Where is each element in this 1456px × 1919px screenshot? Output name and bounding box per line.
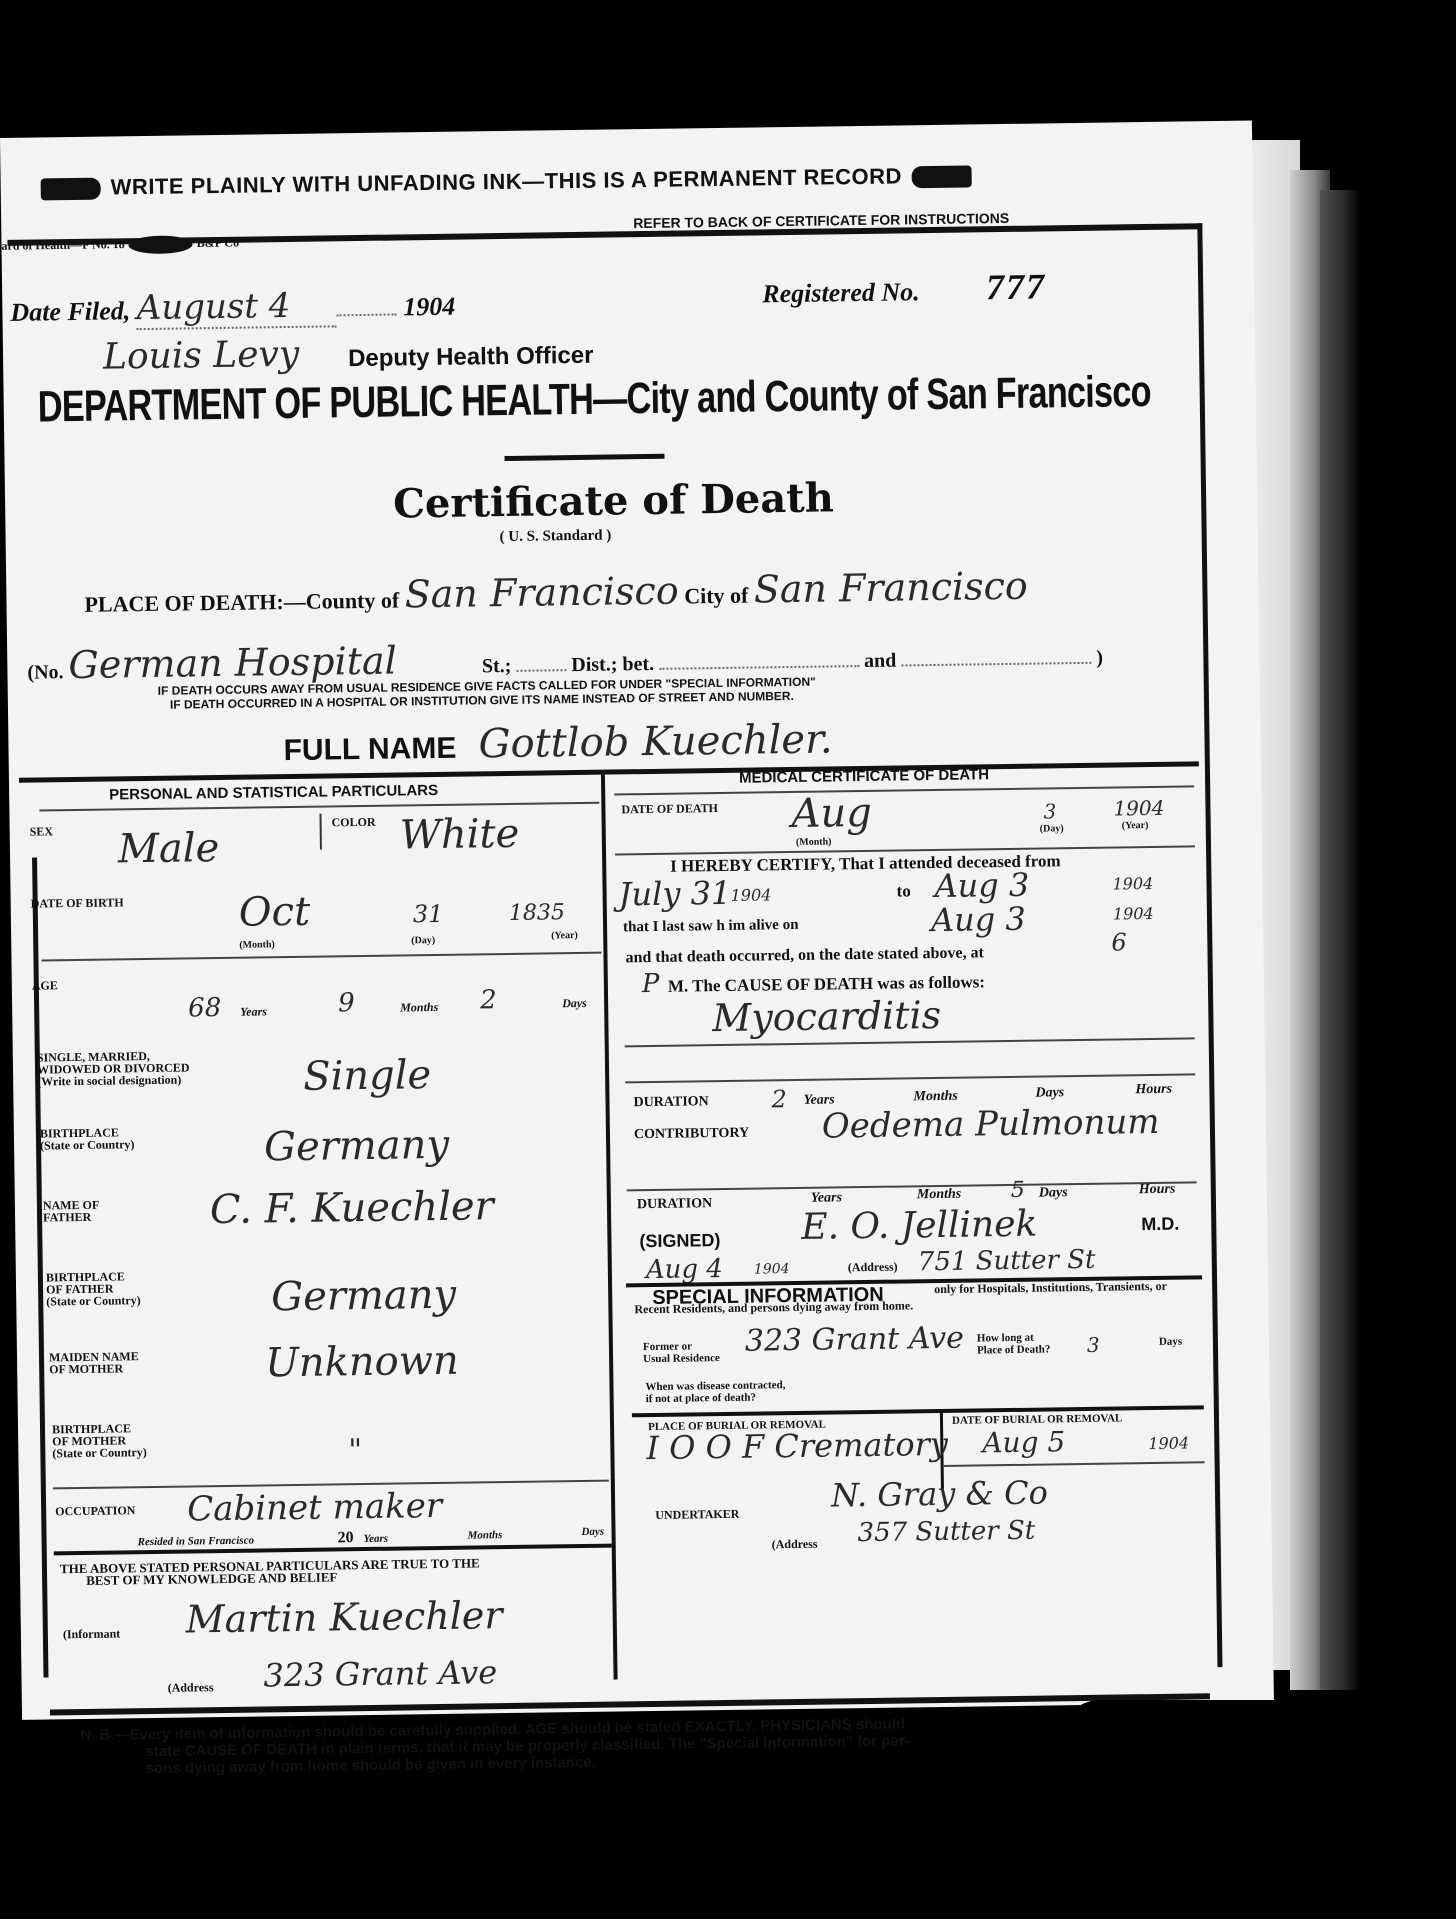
informant-value: Martin Kuechler <box>185 1593 502 1641</box>
burial-date-value: Aug 5 <box>982 1425 1065 1459</box>
medical-heading: MEDICAL CERTIFICATE OF DEATH <box>739 766 989 786</box>
dod-day: 3 <box>1043 799 1056 823</box>
top-banner: WRITE PLAINLY WITH UNFADING INK—THIS IS … <box>41 162 973 201</box>
date-filed-value: August 4 <box>136 285 337 330</box>
caption: Years <box>811 1190 842 1206</box>
sex-value: Male <box>118 825 220 872</box>
caption: Months <box>913 1089 958 1106</box>
father-value: C. F. Kuechler <box>210 1183 494 1233</box>
age-label: AGE <box>32 979 58 991</box>
caption: Days <box>1035 1085 1064 1101</box>
caption: Years <box>240 1004 267 1019</box>
undertaker-address: 357 Sutter St <box>857 1516 1035 1548</box>
mother-label: MAIDEN NAME OF MOTHER <box>49 1350 139 1375</box>
duration-label: DURATION <box>637 1198 712 1211</box>
certificate-title: Certificate of Death <box>393 474 834 527</box>
officer-title: Deputy Health Officer <box>348 342 594 373</box>
contracted-label: When was disease contracted, if not at p… <box>645 1379 785 1405</box>
residence-value: 323 Grant Ave <box>745 1321 965 1359</box>
shadow <box>1060 1700 1456 1919</box>
father-birthplace-value: Germany <box>271 1272 457 1321</box>
marital-value: Single <box>303 1052 432 1100</box>
resided-label: Resided in San Francisco <box>138 1535 255 1549</box>
to-label: to <box>896 881 910 901</box>
caption: (Day) <box>411 935 435 946</box>
birthplace-label: BIRTHPLACE (State or Country) <box>40 1126 135 1151</box>
mother-value: Unknown <box>265 1338 459 1387</box>
informant-address-label: (Address <box>168 1680 214 1696</box>
attended-from-year: 1904 <box>731 885 772 905</box>
burial-place-value: I O O F Crematory <box>646 1425 948 1467</box>
last-seen-text: that I last saw h im alive on <box>623 917 799 936</box>
caption: (Year) <box>551 930 578 941</box>
father-label: NAME OF FATHER <box>43 1199 100 1224</box>
signed-date: Aug 4 <box>646 1254 723 1285</box>
caption: Hours <box>1139 1182 1176 1199</box>
physician-signature: E. O. Jellinek <box>801 1204 1038 1248</box>
page-stack-edge <box>1320 190 1360 1690</box>
color-value: White <box>399 811 519 859</box>
mother-birthplace-label: BIRTHPLACE OF MOTHER (State or Country) <box>52 1422 147 1459</box>
pointing-hand-icon <box>912 166 972 189</box>
last-seen: Aug 3 <box>931 900 1026 939</box>
footnote: N. B.—Every item of information should b… <box>80 1712 1141 1778</box>
md-label: M.D. <box>1141 1214 1179 1236</box>
death-certificate-page: WRITE PLAINLY WITH UNFADING INK—THIS IS … <box>0 121 1274 1720</box>
us-standard-label: ( U. S. Standard ) <box>500 528 612 547</box>
dob-month: Oct <box>239 889 311 936</box>
full-name: FULL NAME Gottlob Kuechler. <box>283 716 833 770</box>
county-value: San Francisco <box>404 569 679 617</box>
city-value: San Francisco <box>753 564 1028 612</box>
undertaker-value: N. Gray & Co <box>831 1474 1048 1515</box>
caption: (Month) <box>239 939 275 950</box>
dod-month: Aug <box>791 790 872 837</box>
full-name-value: Gottlob Kuechler. <box>478 716 832 767</box>
birthplace-value: Germany <box>264 1122 450 1171</box>
physician-address: 751 Sutter St <box>918 1245 1096 1277</box>
institution-value: German Hospital <box>68 639 397 688</box>
contributory-label: CONTRIBUTORY <box>634 1128 749 1142</box>
signed-year: 1904 <box>754 1261 790 1277</box>
officer-signature: Louis Levy <box>103 334 300 378</box>
color-label: COLOR <box>332 816 376 829</box>
caption: Months <box>400 1000 438 1016</box>
howlong-value: 3 <box>1087 1333 1100 1357</box>
age-days: 2 <box>480 985 497 1015</box>
date-filed: Date Filed, August 4 1904 <box>10 284 455 332</box>
age-years: 68 <box>188 993 222 1023</box>
time-value: 6 <box>1111 928 1127 956</box>
signed-label: (SIGNED) <box>639 1230 720 1252</box>
informant-label: (Informant <box>63 1626 121 1642</box>
dob-day: 31 <box>413 900 444 928</box>
divider <box>50 1693 1210 1715</box>
caption: Years <box>364 1533 389 1545</box>
dod-year: 1904 <box>1113 796 1164 821</box>
registered-number-value: 777 <box>986 266 1047 307</box>
duration2-days: 5 <box>1011 1178 1025 1203</box>
occupation-value: Cabinet maker <box>187 1486 442 1530</box>
duration-label: DURATION <box>633 1096 708 1109</box>
caption: Days <box>562 996 587 1011</box>
physician-address-label: (Address) <box>848 1260 898 1276</box>
attended-to-year: 1904 <box>1112 874 1153 894</box>
caption: (Day) <box>1040 823 1064 834</box>
howlong-label: How long at Place of Death? <box>977 1331 1051 1356</box>
burial-year: 1904 <box>1148 1434 1189 1454</box>
meridiem-value: P <box>642 969 660 999</box>
undertaker-label: UNDERTAKER <box>655 1508 739 1521</box>
contributory-value: Oedema Pulmonum <box>822 1102 1160 1147</box>
caption: (Year) <box>1122 820 1149 831</box>
caption: Hours <box>1135 1082 1172 1099</box>
occupation-label: OCCUPATION <box>55 1504 135 1517</box>
duration-years: 2 <box>771 1085 787 1113</box>
caption: Days <box>1039 1185 1068 1201</box>
last-seen-year: 1904 <box>1113 904 1154 924</box>
registered-number: Registered No. 777 <box>762 265 1046 311</box>
marital-label: SINGLE, MARRIED, WIDOWED OR DIVORCED (Wr… <box>37 1049 190 1087</box>
dod-label: DATE OF DEATH <box>621 802 718 815</box>
cause-value: Myocarditis <box>712 993 941 1040</box>
informant-address-value: 323 Grant Ave <box>263 1653 497 1694</box>
dob-label: DATE OF BIRTH <box>31 896 124 909</box>
pointing-hand-icon <box>41 178 101 201</box>
dob-year: 1835 <box>509 900 565 926</box>
caption: Days <box>581 1526 604 1538</box>
caption: Months <box>917 1187 962 1204</box>
father-birthplace-label: BIRTHPLACE OF FATHER (State or Country) <box>46 1270 141 1307</box>
caption: (Month) <box>796 836 832 847</box>
mother-birthplace-value: " <box>348 1433 362 1468</box>
sex-label: SEX <box>30 825 54 837</box>
residence-label: Former or Usual Residence <box>643 1340 720 1365</box>
caption: Months <box>467 1529 502 1541</box>
age-months: 9 <box>338 988 355 1018</box>
resided-years: 20 <box>337 1529 353 1547</box>
attended-from: July 31 <box>618 874 731 914</box>
days-label: Days <box>1159 1336 1182 1348</box>
undertaker-address-label: (Address <box>772 1537 818 1553</box>
